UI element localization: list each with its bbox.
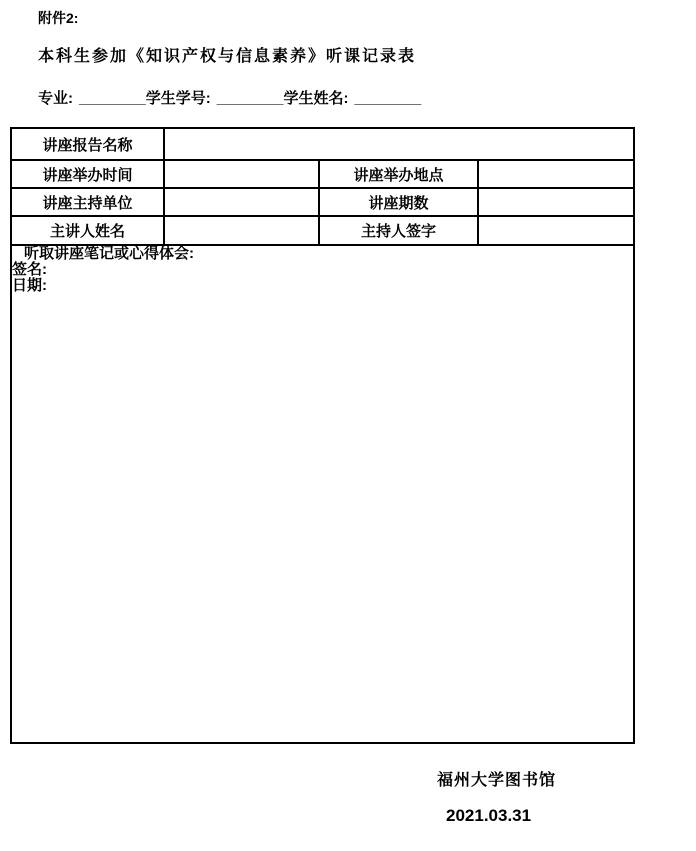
date-label: 日期: <box>12 278 633 294</box>
student-id-label: 学生学号: <box>146 90 211 107</box>
lecture-title-label-cell: 讲座报告名称 <box>11 128 164 160</box>
student-id-blank-line: ________ <box>217 90 284 107</box>
lecture-location-value-cell <box>478 160 634 188</box>
table-row: 讲座报告名称 <box>11 128 634 160</box>
host-signature-value-cell <box>478 216 634 245</box>
speaker-name-value-cell <box>164 216 319 245</box>
lecture-number-value-cell <box>478 188 634 216</box>
host-unit-label-cell: 讲座主持单位 <box>11 188 164 216</box>
student-info-line: 专业:________学生学号:________学生姓名:________ <box>38 87 421 108</box>
lecture-time-value-cell <box>164 160 319 188</box>
major-blank-line: ________ <box>79 90 146 107</box>
speaker-name-label-cell: 主讲人姓名 <box>11 216 164 245</box>
host-unit-value-cell <box>164 188 319 216</box>
student-name-blank-line: ________ <box>355 90 422 107</box>
notes-cell: 听取讲座笔记或心得体会: 签名: 日期: <box>11 245 634 743</box>
table-row: 主讲人姓名 主持人签字 <box>11 216 634 245</box>
lecture-record-table: 讲座报告名称 讲座举办时间 讲座举办地点 讲座主持单位 讲座期数 主讲人姓名 主… <box>10 127 635 744</box>
footer-organization: 福州大学图书馆 <box>437 767 556 790</box>
lecture-title-value-cell <box>164 128 634 160</box>
document-title: 本科生参加《知识产权与信息素养》听课记录表 <box>38 43 416 66</box>
table-row: 讲座主持单位 讲座期数 <box>11 188 634 216</box>
lecture-location-label-cell: 讲座举办地点 <box>319 160 478 188</box>
document-page: { "document": { "attachment": "附件2:", "t… <box>0 0 696 851</box>
major-label: 专业: <box>38 90 73 107</box>
host-signature-label-cell: 主持人签字 <box>319 216 478 245</box>
table-row: 讲座举办时间 讲座举办地点 <box>11 160 634 188</box>
footer-date: 2021.03.31 <box>446 806 531 826</box>
attachment-label: 附件2: <box>38 8 78 28</box>
signature-label: 签名: <box>12 262 633 278</box>
lecture-time-label-cell: 讲座举办时间 <box>11 160 164 188</box>
notes-label: 听取讲座笔记或心得体会: <box>12 246 633 262</box>
student-name-label: 学生姓名: <box>284 90 349 107</box>
lecture-number-label-cell: 讲座期数 <box>319 188 478 216</box>
table-row: 听取讲座笔记或心得体会: 签名: 日期: <box>11 245 634 743</box>
